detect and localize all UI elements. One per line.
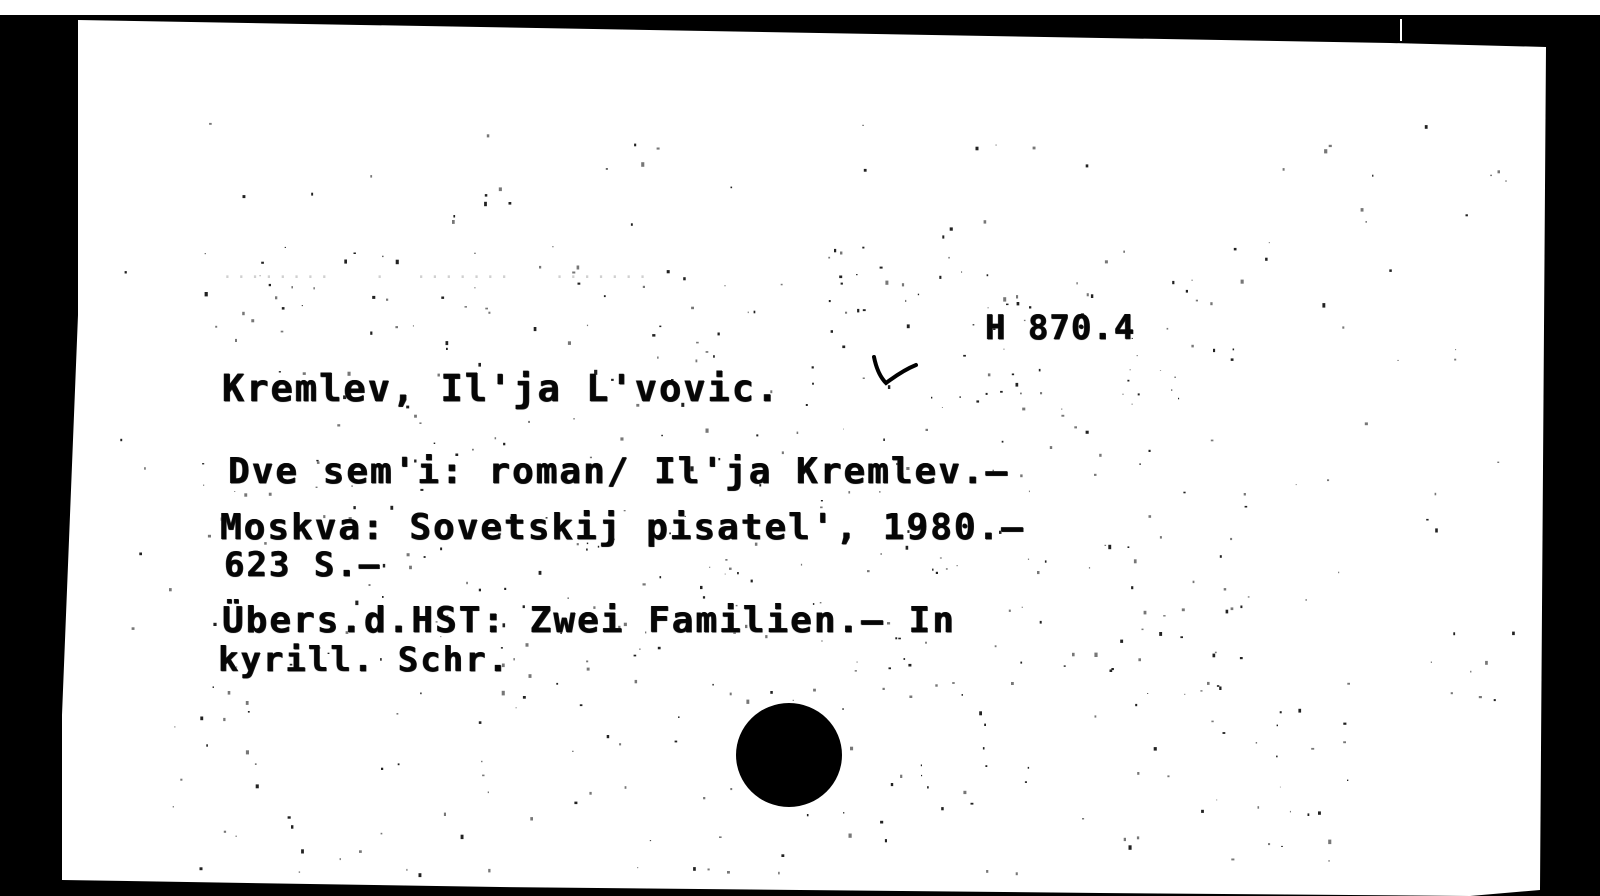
faint-overprint-text: ········ · ······· ······· xyxy=(222,267,651,288)
punch-hole xyxy=(736,703,842,807)
title-statement: Dve sem'i: roman/ Il'ja Kremlev.— xyxy=(228,451,1009,492)
scan-edge-mark xyxy=(1400,19,1402,41)
call-number: H 870.4 xyxy=(985,308,1135,348)
scan-background: ········ · ······· ······· H 870.4 Kreml… xyxy=(0,15,1600,896)
note-script: kyrill. Schr. xyxy=(218,640,510,680)
note-original-title: Übers.d.HST: Zwei Familien.— In xyxy=(222,600,956,641)
extent-statement: 623 S.— xyxy=(224,545,381,585)
author-heading: Kremlev, Il'ja L'vovic. xyxy=(222,367,780,410)
checkmark-icon xyxy=(868,353,920,387)
imprint-statement: Moskva: Sovetskij pisatel', 1980.— xyxy=(220,507,1025,548)
